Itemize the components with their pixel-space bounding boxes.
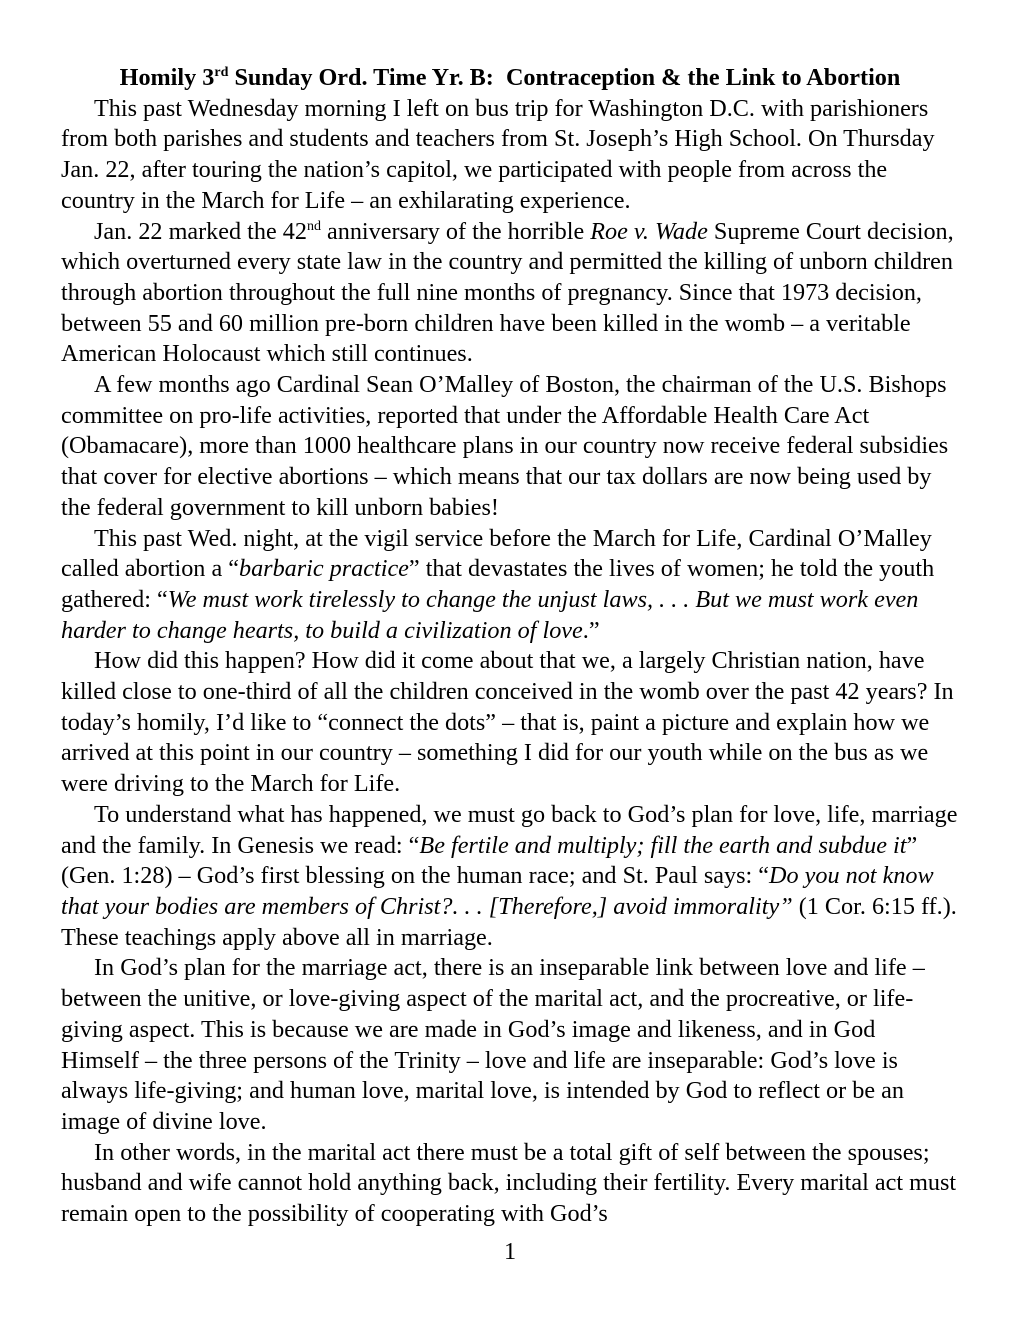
text-run: Jan. 22 marked the 42	[94, 218, 307, 245]
paragraph: How did this happen? How did it come abo…	[61, 646, 959, 800]
text-run: In God’s plan for the marriage act, ther…	[61, 954, 925, 1135]
document-body: This past Wednesday morning I left on bu…	[61, 94, 959, 1230]
text-run: barbaric practice	[239, 555, 409, 582]
text-run: How did this happen? How did it come abo…	[61, 647, 954, 797]
paragraph: To understand what has happened, we must…	[61, 800, 959, 954]
text-run: rd	[214, 64, 228, 80]
paragraph: A few months ago Cardinal Sean O’Malley …	[61, 370, 959, 524]
text-run: Homily 3	[120, 64, 215, 91]
text-run: A few months ago Cardinal Sean O’Malley …	[61, 371, 948, 521]
document-page: Homily 3rd Sunday Ord. Time Yr. B: Contr…	[0, 0, 1020, 1320]
text-run: Sunday Ord. Time Yr. B: Contraception & …	[228, 64, 900, 91]
text-run: We must work tirelessly to change the un…	[61, 586, 918, 644]
text-run: In other words, in the marital act there…	[61, 1139, 956, 1227]
paragraph: This past Wed. night, at the vigil servi…	[61, 524, 959, 647]
paragraph: This past Wednesday morning I left on bu…	[61, 94, 959, 217]
paragraph: In other words, in the marital act there…	[61, 1138, 959, 1230]
document-title: Homily 3rd Sunday Ord. Time Yr. B: Contr…	[61, 63, 959, 94]
text-run: nd	[307, 217, 321, 233]
paragraph: Jan. 22 marked the 42nd anniversary of t…	[61, 217, 959, 371]
paragraph: In God’s plan for the marriage act, ther…	[61, 953, 959, 1137]
text-run: Roe v. Wade	[590, 218, 708, 245]
text-run: anniversary of the horrible	[321, 218, 590, 245]
text-run: .”	[583, 617, 600, 644]
text-run: This past Wednesday morning I left on bu…	[61, 95, 935, 214]
page-number: 1	[0, 1237, 1020, 1268]
text-run: Be fertile and multiply; fill the earth …	[419, 832, 906, 859]
